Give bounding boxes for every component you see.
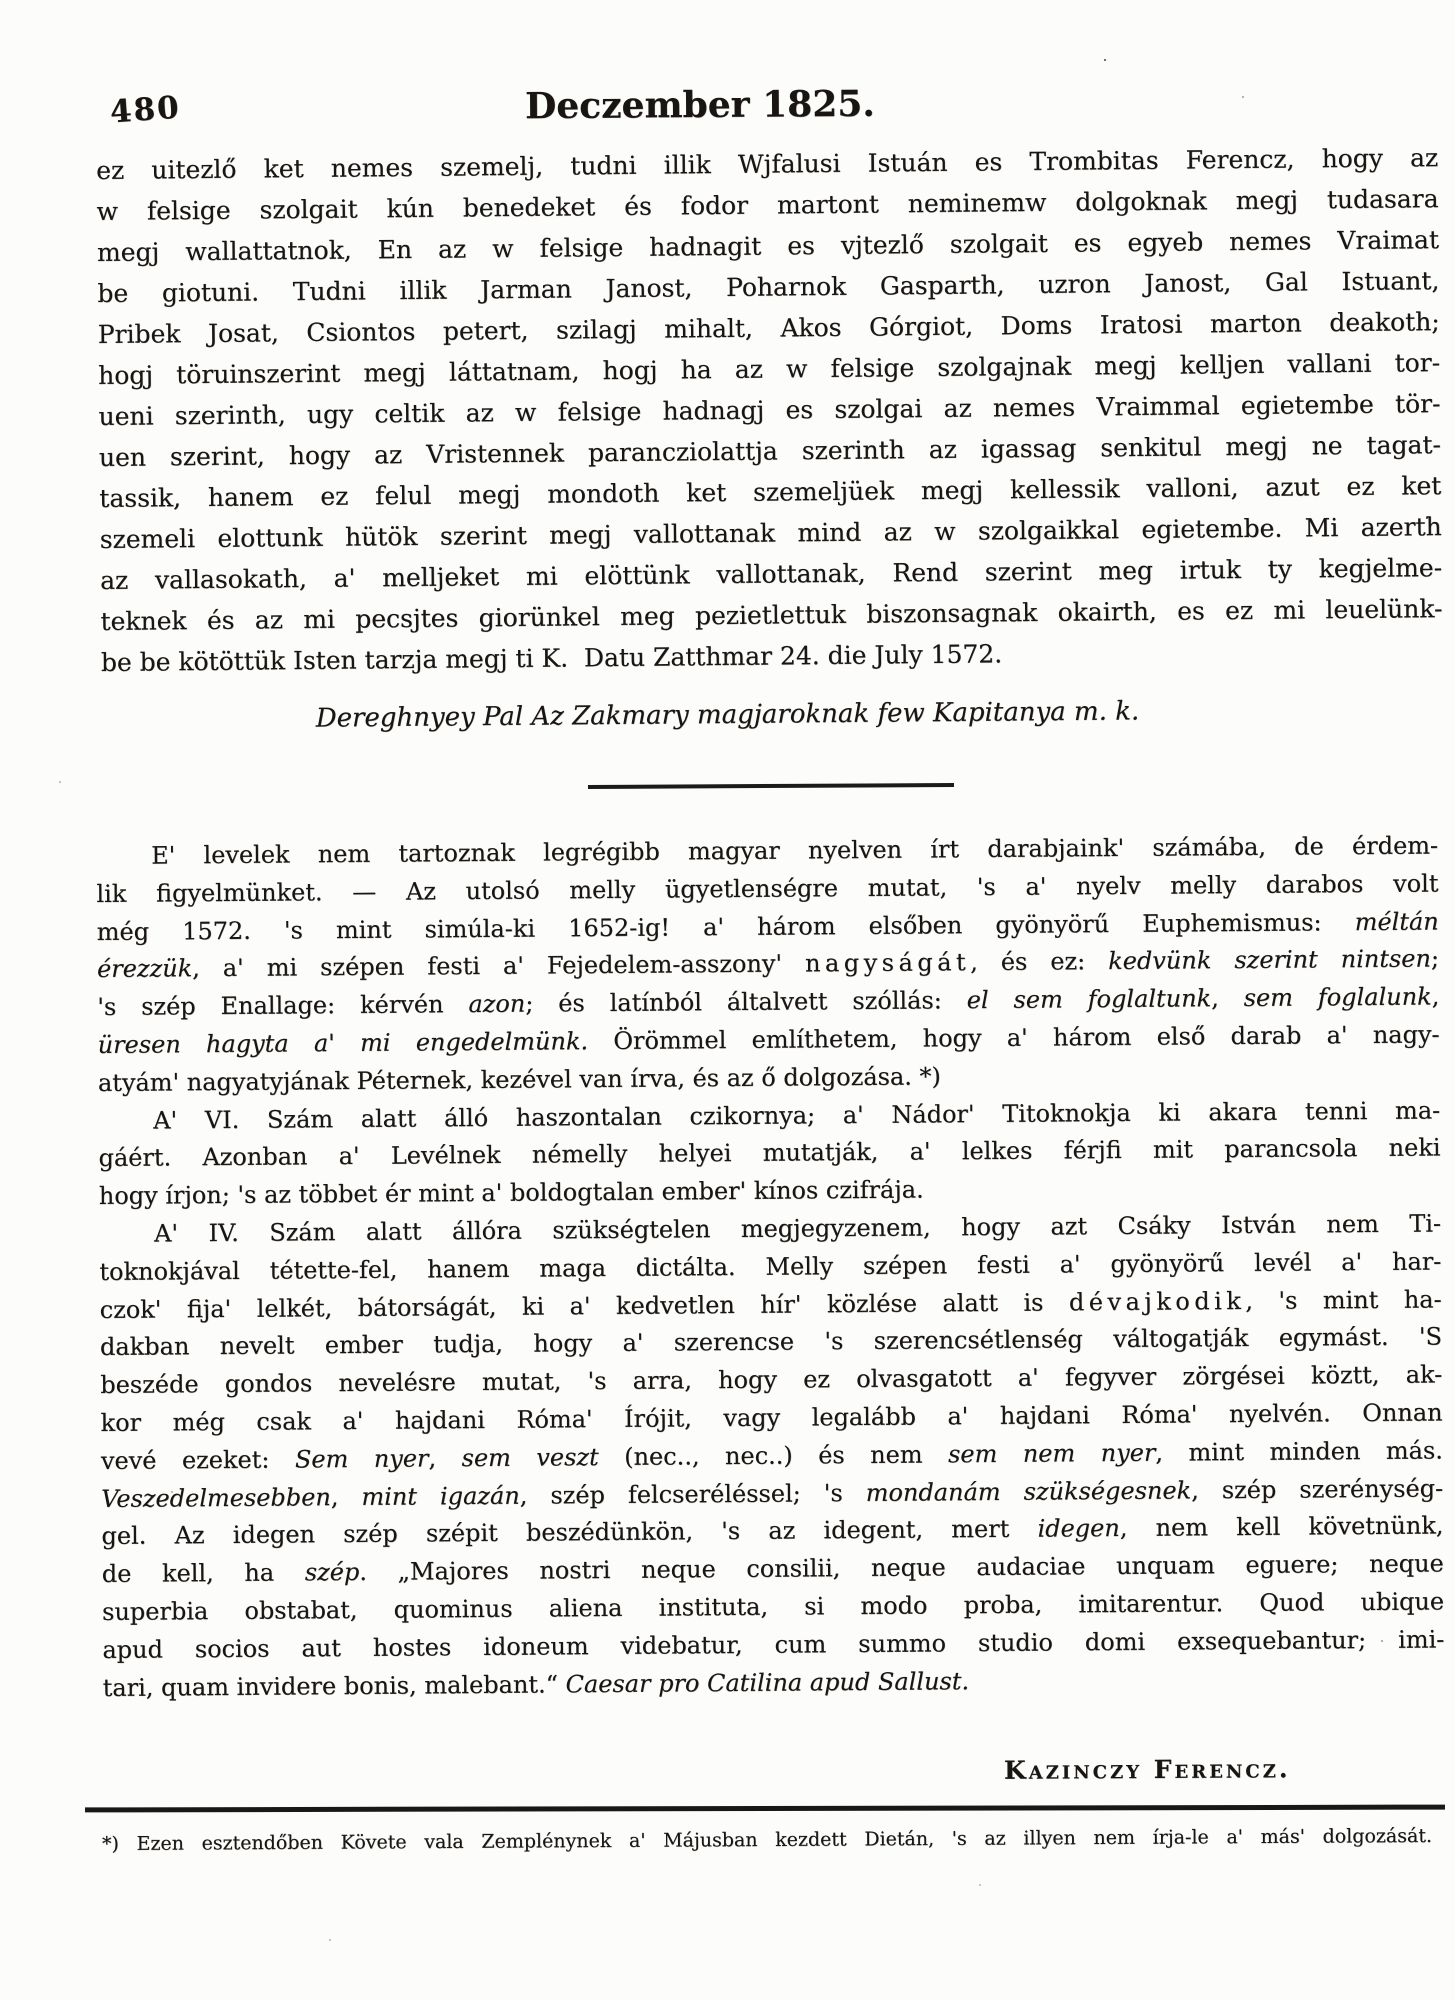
text-segment: gáért. Azonban a' Levélnek némelly helye… xyxy=(98,1134,1440,1173)
text-segment: 's szép Enallage: kérvén xyxy=(97,990,468,1021)
text-segment: A' VI. Szám alatt álló haszontalan cziko… xyxy=(153,1096,1440,1134)
text-segment: kor még csak a' hajdani Róma' Írójit, va… xyxy=(100,1398,1442,1437)
text-segment: Caesar pro Catilina apud Sallust. xyxy=(565,1667,969,1698)
text-segment: érezzük xyxy=(97,955,192,984)
text-segment: be giotuni. Tudni illik Jarman Janost, P… xyxy=(97,266,1439,308)
text-segment: , xyxy=(1432,983,1440,1011)
text-segment: ; és latínból általvett szóllás: xyxy=(525,986,967,1017)
text-segment: lik figyelmünket. — Az utolsó melly ügye… xyxy=(96,869,1438,908)
issue-title: Deczember 1825. xyxy=(0,79,1400,131)
text-segment: sem foglalunk xyxy=(1244,983,1432,1012)
section-divider xyxy=(588,783,954,789)
text-segment: , szép felcseréléssel; 's xyxy=(520,1479,866,1510)
scanned-page: 480 Deczember 1825. ez uitezlő ket nemes… xyxy=(0,0,1455,2000)
commentary-text: E' levelek nem tartoznak legrégibb magya… xyxy=(96,827,1445,1707)
commentary-paragraph: E' levelek nem tartoznak legrégibb magya… xyxy=(96,827,1440,1102)
text-segment: E' levelek nem tartoznak legrégibb magya… xyxy=(151,831,1438,869)
text-segment: ez uitezlő ket nemes szemelj, tudni illi… xyxy=(96,143,1438,185)
text-segment: megj wallattatnok, En az w felsige hadna… xyxy=(97,225,1439,267)
text-segment: czok' fija' lelkét, bátorságát, ki a' ke… xyxy=(100,1288,1069,1324)
author-signature: Kazinczy Ferencz. xyxy=(1003,1754,1290,1784)
commentary-paragraph: A' IV. Szám alatt állóra szükségtelen me… xyxy=(99,1205,1445,1707)
footnote-text: *) Ezen esztendőben Követe vala Zemplény… xyxy=(102,1823,1432,1857)
text-segment: hogy írjon; 's az többet ér mint a' bold… xyxy=(99,1176,924,1210)
text-segment: nagyságát xyxy=(805,949,970,978)
text-segment: uen szerint, hogy az Vristennek paranczi… xyxy=(99,430,1441,472)
text-segment: . „Majores nostri neque consilii, neque … xyxy=(359,1550,1444,1587)
text-segment: méltán xyxy=(1355,907,1439,936)
text-segment: , 's mint ha- xyxy=(1245,1285,1442,1315)
footnote-divider xyxy=(85,1805,1445,1813)
letter-signature: Dereghnyey Pal Az Zakmary magjaroknak fe… xyxy=(0,694,1455,737)
text-segment: ueni szerinth, ugy celtik az w felsige h… xyxy=(98,389,1440,431)
text-segment: tassik, hanem ez felul megj mondoth ket … xyxy=(99,471,1441,513)
text-segment: hogj töruinszerint megj láttatnam, hogj … xyxy=(98,348,1440,390)
text-segment: Örömmel említhetem, hogy a' három első d… xyxy=(588,1020,1440,1055)
text-segment: dakban nevelt ember tudja, hogy a' szere… xyxy=(100,1323,1442,1362)
text-segment: , mint minden más. xyxy=(1155,1436,1443,1466)
commentary-paragraph: A' VI. Szám alatt álló haszontalan cziko… xyxy=(98,1092,1441,1216)
text-segment: apud socios aut hostes idoneum videbatur… xyxy=(102,1625,1444,1664)
text-segment: tari, quam invidere bonis, malebant.“ xyxy=(103,1670,566,1702)
text-segment: (nec.., nec..) és nem xyxy=(599,1440,949,1471)
text-segment: toknokjával tétette-fel, hanem maga dict… xyxy=(99,1247,1441,1286)
text-segment: ; xyxy=(1431,945,1439,973)
text-segment: , xyxy=(331,1482,362,1510)
text-segment: Sem nyer xyxy=(295,1444,429,1473)
text-segment: A' IV. Szám alatt állóra szükségtelen me… xyxy=(154,1209,1441,1247)
text-segment: kedvünk szerint nintsen xyxy=(1108,945,1431,976)
text-segment: w felsige szolgait kún benedeket és fodo… xyxy=(96,184,1438,226)
text-segment: az vallasokath, a' melljeket mi elöttünk… xyxy=(100,553,1442,595)
text-segment: beszéde gondos nevelésre mutat, 's arra,… xyxy=(100,1361,1442,1400)
text-segment: szemeli elottunk hütök szerint megj vall… xyxy=(100,512,1442,554)
text-segment: dévajkodik xyxy=(1069,1287,1246,1316)
text-segment: vevé ezeket: xyxy=(101,1445,295,1475)
text-segment: még 1572. 's mint simúla-ki 1652-ig! a' … xyxy=(97,908,1355,946)
text-segment: azon xyxy=(468,990,525,1018)
text-segment: gel. Az idegen szép szépit beszédünkön, … xyxy=(101,1515,1037,1550)
text-segment: , szép szerénység- xyxy=(1191,1474,1443,1504)
text-segment: , és ez: xyxy=(970,947,1108,976)
text-segment: be be kötöttük Isten tarzja megj ti K. D… xyxy=(101,639,1003,677)
text-segment: sem nem nyer xyxy=(948,1438,1156,1468)
text-segment: de kell, ha xyxy=(102,1559,305,1589)
text-segment: el sem foglaltunk xyxy=(967,984,1212,1014)
text-segment: sem veszt xyxy=(461,1443,598,1472)
text-segment: Veszedelmesebben xyxy=(101,1483,331,1513)
text-segment: szép xyxy=(305,1558,360,1586)
text-segment: , xyxy=(1211,984,1244,1012)
text-segment: teknek és az mi pecsjtes giorünkel meg p… xyxy=(100,594,1442,636)
text-segment: atyám' nagyatyjának Péternek, kezével va… xyxy=(98,1062,941,1097)
text-segment: Pribek Josat, Csiontos petert, szilagj m… xyxy=(98,307,1440,349)
text-segment: , a' mi szépen festi a' Fejedelem-asszon… xyxy=(192,950,805,983)
text-segment: superbia obstabat, quominus aliena insti… xyxy=(102,1587,1444,1626)
text-segment: , xyxy=(428,1444,461,1472)
text-segment: mint igazán xyxy=(361,1481,520,1510)
letter-text: ez uitezlő ket nemes szemelj, tudni illi… xyxy=(96,137,1443,683)
text-segment: üresen hagyta a' mi engedelmünk. xyxy=(98,1027,589,1059)
text-segment: , nem kell követnünk, xyxy=(1120,1512,1444,1543)
text-segment: mondanám szükségesnek xyxy=(866,1476,1192,1507)
text-segment: idegen xyxy=(1037,1514,1119,1543)
